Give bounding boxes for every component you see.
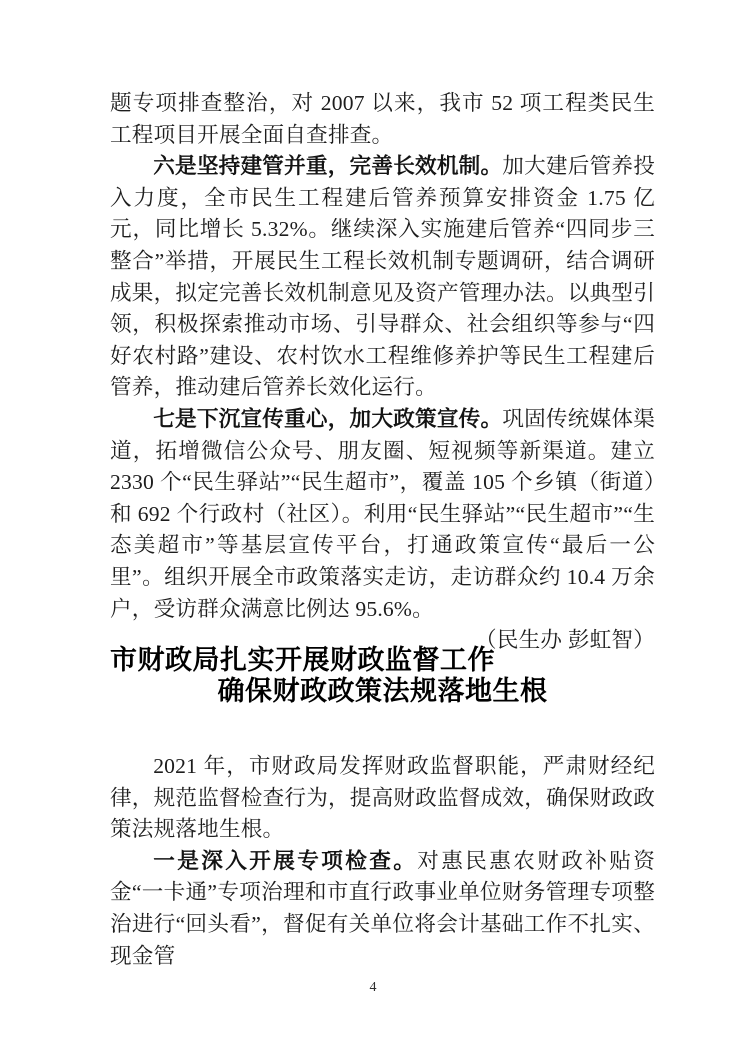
paragraph: 题专项排查整治，对 2007 以来，我市 52 项工程类民生工程项目开展全面自查… [110, 88, 655, 151]
paragraph-text: 2021 年，市财政局发挥财政监督职能，严肃财经纪律，规范监督检查行为，提高财政… [110, 754, 655, 841]
paragraph-text: 题专项排查整治，对 2007 以来，我市 52 项工程类民生工程项目开展全面自查… [110, 91, 655, 147]
document-content: 题专项排查整治，对 2007 以来，我市 52 项工程类民生工程项目开展全面自查… [110, 88, 655, 972]
paragraph: 2021 年，市财政局发挥财政监督职能，严肃财经纪律，规范监督检查行为，提高财政… [110, 751, 655, 846]
paragraph: 一是深入开展专项检查。对惠民惠农财政补贴资金“一卡通”专项治理和市直行政事业单位… [110, 846, 655, 972]
paragraph-text: 加大建后管养投入力度，全市民生工程建后管养预算安排资金 1.75 亿元，同比增长… [110, 154, 655, 399]
paragraph-text: 巩固传统媒体渠道，拓增微信公众号、朋友圈、短视频等新渠道。建立 2330 个“民… [110, 407, 655, 621]
paragraph: 七是下沉宣传重心，加大政策宣传。巩固传统媒体渠道，拓增微信公众号、朋友圈、短视频… [110, 404, 655, 625]
document-page: 题专项排查整治，对 2007 以来，我市 52 项工程类民生工程项目开展全面自查… [0, 0, 750, 1061]
paragraph-lead-bold: 一是深入开展专项检查。 [153, 849, 417, 873]
page-number: 4 [0, 980, 746, 996]
paragraph-lead-bold: 七是下沉宣传重心，加大政策宣传。 [153, 407, 502, 431]
paragraph-lead-bold: 六是坚持建管并重，完善长效机制。 [153, 154, 502, 178]
article-title-line: 确保财政政策法规落地生根 [110, 676, 655, 707]
paragraph: 六是坚持建管并重，完善长效机制。加大建后管养投入力度，全市民生工程建后管养预算安… [110, 151, 655, 404]
